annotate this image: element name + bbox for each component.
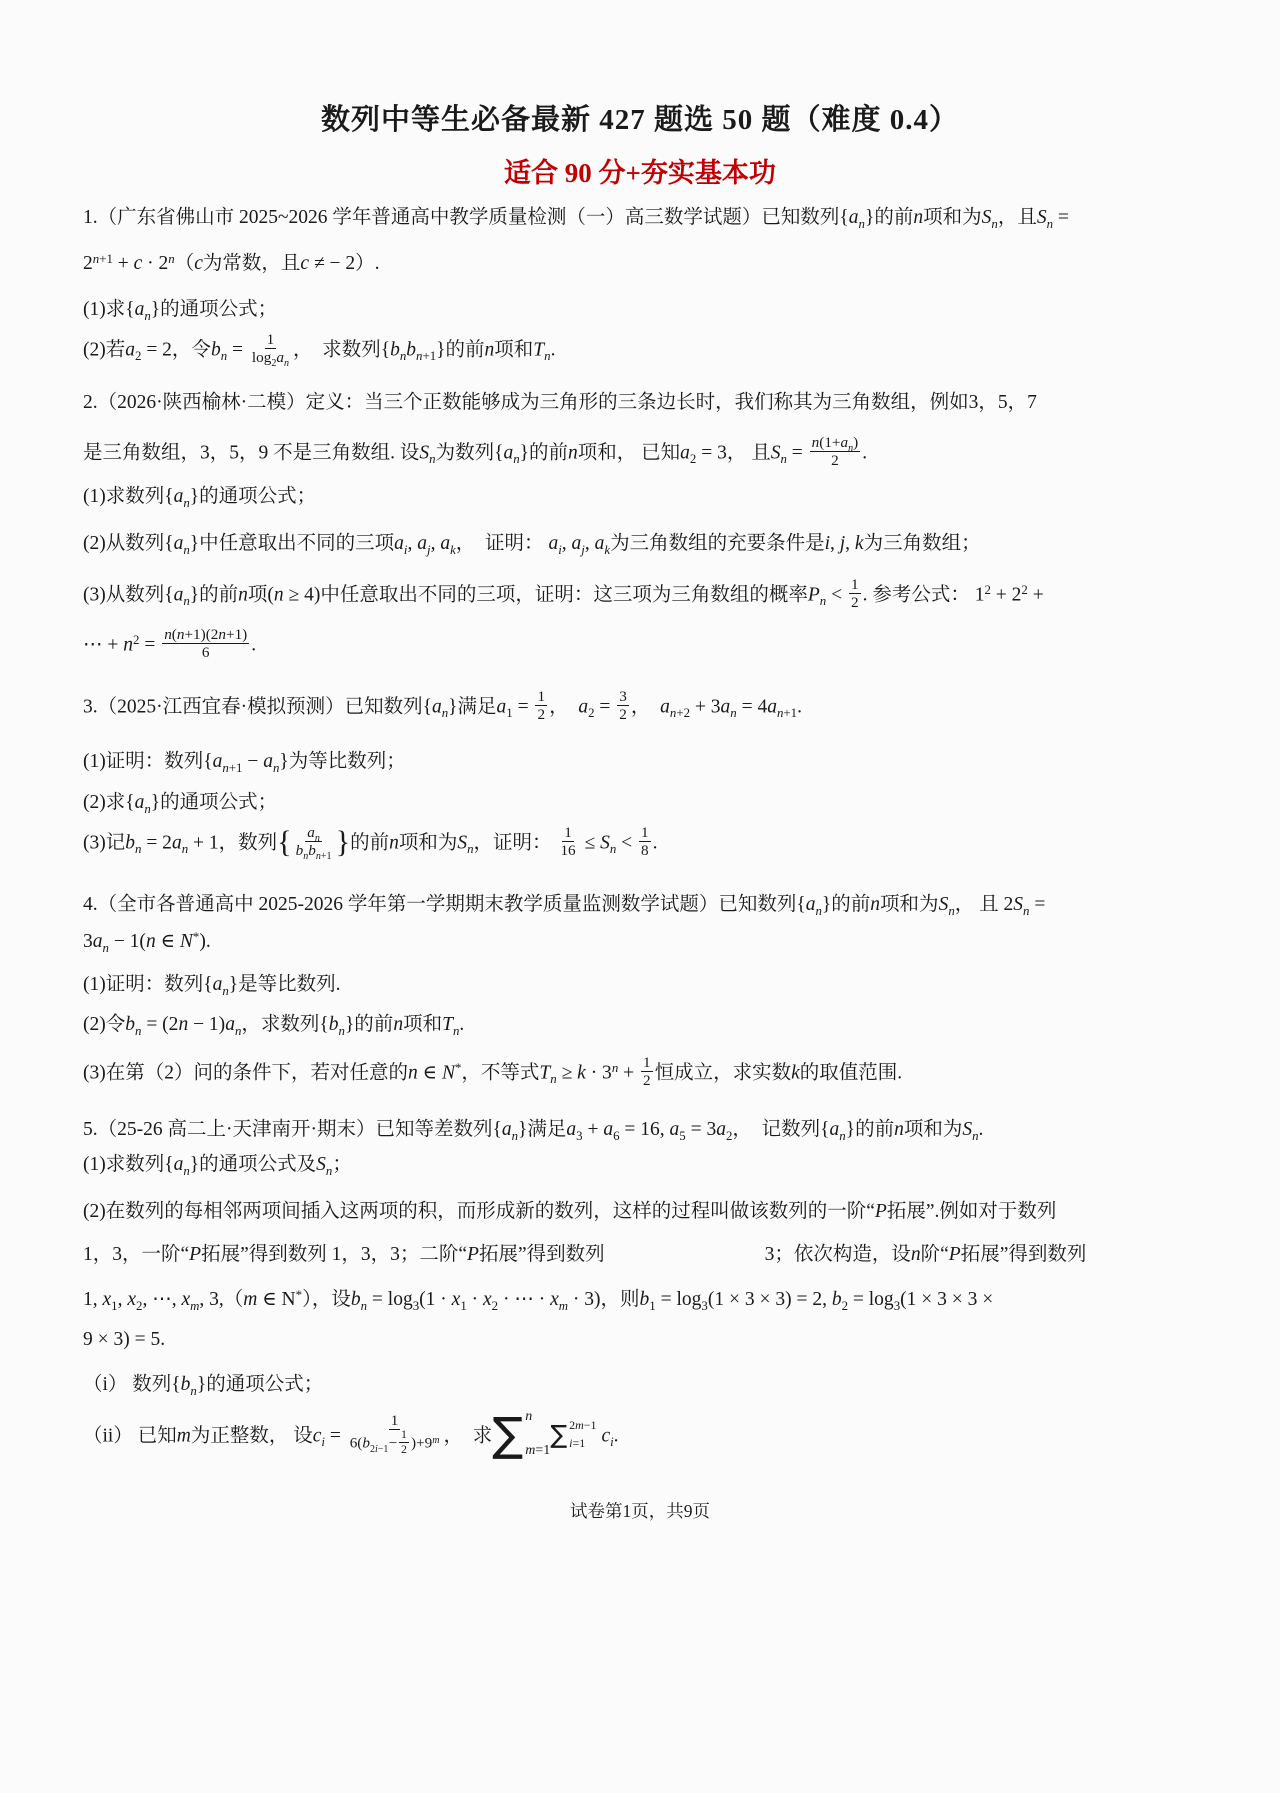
math-variable: n bbox=[339, 1024, 345, 1038]
text-line: ⋯ + n2 = n(n+1)(2n+1)6. bbox=[83, 628, 1220, 664]
text-run: ，证明： bbox=[474, 832, 557, 853]
text-run: , bbox=[431, 533, 441, 554]
text-run: = bbox=[1053, 207, 1069, 228]
text-run: ∈ bbox=[156, 931, 180, 952]
math-variable: n bbox=[183, 543, 189, 557]
text-line: (2)令bn = (2n − 1)an，求数列{bn}的前n项和Tn. bbox=[83, 1011, 1220, 1039]
math-variable: a bbox=[172, 832, 182, 853]
subscript: n bbox=[315, 834, 320, 844]
math-variable: i bbox=[404, 543, 408, 557]
math-variable: m bbox=[575, 1418, 584, 1432]
text-run: − 1( bbox=[109, 931, 146, 952]
subscript: 2 bbox=[588, 707, 594, 720]
text-run: 为常数，且 bbox=[203, 253, 301, 274]
text-run: ，且 bbox=[998, 207, 1037, 228]
math-variable: a bbox=[716, 1119, 726, 1140]
math-variable: n bbox=[453, 1024, 459, 1038]
text-run: 2 bbox=[588, 706, 594, 720]
fraction-numerator: 1 bbox=[265, 331, 277, 349]
text-run: 3 bbox=[701, 1299, 707, 1313]
fraction-numerator: 1 bbox=[399, 1428, 409, 1443]
text-run: +1 bbox=[783, 706, 797, 720]
text-run: · ⋯ · bbox=[498, 1289, 550, 1310]
subscript: n bbox=[1047, 218, 1053, 231]
math-variable: n bbox=[361, 1299, 367, 1313]
text-line: (3)从数列{an}的前n项(n ≥ 4)中任意取出不同的三项，证明：这三项为三… bbox=[83, 578, 1220, 614]
text-run: 2.（2026·陕西榆林·二模）定义：当三个正数能够成为三角形的三条边长时，我们… bbox=[83, 392, 1037, 413]
text-run: ≥ 4)中任意取出不同的三项，证明：这三项为三角数组的概率 bbox=[284, 584, 808, 605]
math-variable: n bbox=[183, 496, 189, 510]
superscript: * bbox=[193, 931, 199, 944]
subscript: n bbox=[467, 843, 473, 856]
text-run: −1 bbox=[584, 1418, 597, 1432]
fraction: 116 bbox=[558, 824, 577, 860]
text-run: (2)求{ bbox=[83, 792, 135, 813]
text-run: (1)证明：数列{ bbox=[83, 751, 213, 772]
math-variable: n bbox=[235, 1024, 241, 1038]
subscript: n bbox=[183, 497, 189, 510]
text-run: }的前 bbox=[822, 894, 870, 915]
subscript: m bbox=[559, 1300, 568, 1313]
math-variable: n bbox=[183, 1164, 189, 1178]
text-run: = (2 bbox=[141, 1014, 178, 1035]
text-run: 项( bbox=[248, 584, 274, 605]
text-run: . bbox=[979, 1119, 984, 1140]
subscript: n bbox=[815, 905, 821, 918]
text-run: = 2 bbox=[141, 832, 172, 853]
text-line: (2)从数列{an}中任意取出不同的三项ai, aj, ak， 证明： ai, … bbox=[83, 530, 1220, 558]
subscript: n bbox=[222, 985, 228, 998]
text-run: 3；依次构造，设 bbox=[765, 1244, 911, 1265]
fraction: 12 bbox=[399, 1428, 409, 1456]
text-line: 2.（2026·陕西榆林·二模）定义：当三个正数能够成为三角形的三条边长时，我们… bbox=[83, 389, 1220, 417]
subscript: n bbox=[839, 1130, 845, 1143]
subscript: 1 bbox=[506, 707, 512, 720]
subscript: n bbox=[550, 1073, 556, 1086]
text-run: +1 bbox=[229, 761, 243, 775]
math-variable: P bbox=[949, 1244, 961, 1265]
subscript: n bbox=[182, 843, 188, 856]
math-variable: P bbox=[189, 1244, 201, 1265]
math-variable: n bbox=[820, 594, 826, 608]
text-run: +1 bbox=[321, 851, 332, 862]
text-run: 2 bbox=[726, 1129, 732, 1143]
math-variable: n bbox=[222, 984, 228, 998]
math-variable: n bbox=[512, 1129, 518, 1143]
math-variable: N bbox=[442, 1062, 455, 1083]
math-variable: a bbox=[806, 894, 816, 915]
text-run: = log bbox=[656, 1289, 702, 1310]
text-run: . bbox=[459, 1014, 464, 1035]
math-variable: P bbox=[875, 1201, 887, 1222]
math-variable: a bbox=[135, 792, 145, 813]
math-variable: a bbox=[566, 1119, 576, 1140]
fraction-numerator: n(n+1)(2n+1) bbox=[162, 626, 249, 644]
limit-upper: n bbox=[525, 1410, 550, 1424]
fraction-denominator: 6(b2i−1−12)+9m bbox=[348, 1430, 442, 1458]
text-run: }满足 bbox=[448, 696, 496, 717]
text-run: ). bbox=[199, 931, 210, 952]
text-line: (1)求数列{an}的通项公式及Sn； bbox=[83, 1151, 1220, 1179]
subscript: 3 bbox=[413, 1300, 419, 1313]
subscript: 2 bbox=[271, 359, 276, 369]
text-run: 阶“ bbox=[921, 1244, 949, 1265]
math-variable: n bbox=[284, 358, 289, 369]
subscript: n bbox=[284, 359, 289, 369]
fraction-numerator: 1 bbox=[641, 1054, 653, 1072]
text-run: 项和 bbox=[403, 1014, 442, 1035]
math-variable: N bbox=[180, 931, 193, 952]
math-variable: b bbox=[640, 1289, 650, 1310]
text-line: 3.（2025·江西宜春·模拟预测）已知数列{an}满足a1 = 12， a2 … bbox=[83, 690, 1220, 726]
math-variable: i bbox=[321, 1435, 325, 1449]
math-variable: c bbox=[300, 253, 309, 274]
text-line: 9 × 3) = 5. bbox=[83, 1326, 1220, 1354]
text-run: −1 bbox=[378, 1444, 389, 1455]
text-run: 是三角数组，3，5，9 不是三角数组. 设 bbox=[83, 442, 419, 463]
text-line: (1)证明：数列{an}是等比数列. bbox=[83, 971, 1220, 999]
summation-limits: 2m−1i=1 bbox=[569, 1419, 596, 1449]
text-run: 5 bbox=[679, 1129, 685, 1143]
subscript: n bbox=[1023, 905, 1029, 918]
fraction-denominator: 6 bbox=[200, 644, 212, 661]
math-variable: n bbox=[400, 349, 406, 363]
subscript: 2 bbox=[842, 1300, 848, 1313]
text-run: 2 bbox=[401, 1442, 407, 1456]
subscript: n bbox=[273, 762, 279, 775]
text-run: (3)记 bbox=[83, 832, 125, 853]
text-run: , 3,（ bbox=[199, 1289, 243, 1310]
subscript: n bbox=[183, 544, 189, 557]
math-variable: a bbox=[680, 442, 690, 463]
text-run: （ii） 已知 bbox=[83, 1425, 177, 1446]
subscript: n bbox=[972, 1130, 978, 1143]
text-run: ∈ bbox=[418, 1062, 442, 1083]
text-line: (3)在第（2）问的条件下，若对任意的n ∈ N*，不等式Tn ≥ k · 3n… bbox=[83, 1056, 1220, 1092]
subscript: k bbox=[450, 544, 456, 557]
text-run: 3 bbox=[619, 688, 627, 705]
math-variable: k bbox=[855, 533, 864, 554]
text-run: ≥ bbox=[557, 1062, 577, 1083]
text-run: 的取值范围. bbox=[800, 1062, 902, 1083]
math-variable: n bbox=[164, 626, 172, 643]
text-run: (2)在数列的每相邻两项间插入这两项的积，而形成新的数列，这样的过程叫做该数列的… bbox=[83, 1201, 875, 1222]
text-run: 2 bbox=[83, 253, 93, 274]
math-variable: a bbox=[174, 584, 184, 605]
text-run: 2 bbox=[851, 594, 859, 611]
text-run: 2 bbox=[619, 706, 627, 723]
math-variable: a bbox=[394, 533, 404, 554]
subscript: n bbox=[513, 453, 519, 466]
text-run: 2 bbox=[842, 1299, 848, 1313]
math-variable: S bbox=[1037, 207, 1047, 228]
math-variable: k bbox=[577, 1062, 586, 1083]
document-page: 数列中等生必备最新 427 题选 50 题（难度 0.4） 适合 90 分+夯实… bbox=[0, 0, 1280, 1793]
text-run: 项和为 bbox=[904, 1119, 963, 1140]
math-variable: T bbox=[533, 339, 544, 360]
text-run: 1 bbox=[851, 576, 859, 593]
text-line: (1)求{an}的通项公式； bbox=[83, 296, 1220, 324]
superscript: * bbox=[296, 1289, 302, 1302]
subscript: n bbox=[400, 350, 406, 363]
fraction: 12 bbox=[535, 688, 547, 724]
fraction: n(1+an)2 bbox=[810, 434, 861, 470]
superscript: n bbox=[168, 253, 174, 266]
text-run: +1) bbox=[226, 626, 247, 643]
text-line: 3an − 1(n ∈ N*). bbox=[83, 928, 1220, 956]
math-variable: x bbox=[103, 1289, 112, 1310]
subscript: n bbox=[183, 1165, 189, 1178]
subscript: 2 bbox=[135, 350, 141, 363]
math-variable: n bbox=[274, 584, 284, 605]
math-variable: b bbox=[406, 339, 416, 360]
subscript: n+2 bbox=[670, 707, 690, 720]
math-variable: n bbox=[190, 1384, 196, 1398]
text-run: 为数列{ bbox=[436, 442, 504, 463]
subscript: i bbox=[321, 1436, 325, 1449]
text-run: }的通项公式； bbox=[190, 486, 316, 507]
text-line: （i） 数列{bn}的通项公式； bbox=[83, 1371, 1220, 1399]
math-variable: a bbox=[830, 1119, 840, 1140]
text-run: 6( bbox=[350, 1435, 363, 1452]
math-variable: m bbox=[559, 1299, 568, 1313]
text-run: . bbox=[614, 1425, 619, 1446]
text-line: (2)在数列的每相邻两项间插入这两项的积，而形成新的数列，这样的过程叫做该数列的… bbox=[83, 1198, 1220, 1226]
math-variable: n bbox=[144, 309, 150, 323]
text-run: 6 bbox=[202, 644, 210, 661]
math-variable: n bbox=[544, 349, 550, 363]
text-run: + 1，数列 bbox=[188, 832, 277, 853]
text-run: 恒成立，求实数 bbox=[655, 1062, 792, 1083]
text-run: +1)(2 bbox=[184, 626, 218, 643]
text-run: =1 bbox=[572, 1436, 585, 1450]
text-run: (3)在第（2）问的条件下，若对任意的 bbox=[83, 1062, 408, 1083]
text-run: = 4 bbox=[737, 696, 768, 717]
text-run: 项和为 bbox=[880, 894, 939, 915]
text-run: ， bbox=[549, 696, 578, 717]
fraction: 1log2an bbox=[250, 331, 291, 367]
text-run: = log bbox=[367, 1289, 413, 1310]
fraction-numerator: 1 bbox=[639, 824, 651, 842]
text-line: (1)求数列{an}的通项公式； bbox=[83, 483, 1220, 511]
math-variable: n bbox=[326, 1164, 332, 1178]
limit-upper: 2m−1 bbox=[569, 1419, 596, 1431]
math-variable: c bbox=[194, 253, 203, 274]
text-run: }满足 bbox=[518, 1119, 566, 1140]
text-run: = 3 bbox=[686, 1119, 717, 1140]
text-run: 1 bbox=[401, 1427, 407, 1441]
text-run: 9 × 3) = 5. bbox=[83, 1329, 165, 1350]
math-variable: b bbox=[362, 1435, 370, 1452]
math-variable: a bbox=[135, 299, 145, 320]
math-variable: m bbox=[243, 1289, 257, 1310]
fraction: anbnbn+1 bbox=[294, 824, 334, 860]
fraction: 32 bbox=[617, 688, 629, 724]
fraction-numerator: an bbox=[305, 824, 322, 842]
subscript: n bbox=[512, 1130, 518, 1143]
subscript: 6 bbox=[613, 1130, 619, 1143]
math-variable: a bbox=[841, 434, 849, 451]
subscript: n bbox=[948, 905, 954, 918]
text-run: = log bbox=[848, 1289, 894, 1310]
math-variable: x bbox=[483, 1289, 492, 1310]
subscript: n bbox=[544, 350, 550, 363]
text-run: * bbox=[193, 930, 199, 944]
text-run: (1)求{ bbox=[83, 299, 135, 320]
superscript: 2 bbox=[133, 634, 139, 647]
math-variable: a bbox=[578, 696, 588, 717]
subscript: 3 bbox=[701, 1300, 707, 1313]
subscript: n bbox=[103, 942, 109, 955]
math-variable: S bbox=[771, 442, 781, 463]
text-line: 1, x1, x2, ⋯, xm, 3,（m ∈ N*），设bn = log3(… bbox=[83, 1286, 1220, 1314]
text-run: 1 bbox=[537, 688, 545, 705]
math-variable: n bbox=[408, 1062, 418, 1083]
math-variable: S bbox=[962, 1119, 972, 1140]
text-run: }的前 bbox=[520, 442, 568, 463]
math-variable: n bbox=[839, 1129, 845, 1143]
text-line: 1.（广东省佛山市 2025~2026 学年普通高中教学质量检测（一）高三数学试… bbox=[83, 204, 1220, 232]
math-variable: a bbox=[213, 974, 223, 995]
fraction-denominator: log2an bbox=[250, 349, 291, 366]
text-run: 3.（2025·江西宜春·模拟预测）已知数列{ bbox=[83, 696, 432, 717]
text-run: }的前 bbox=[190, 584, 238, 605]
superscript: 2 bbox=[1021, 584, 1027, 597]
math-variable: n bbox=[1047, 217, 1053, 231]
subscript: 3 bbox=[576, 1130, 582, 1143]
text-run: 16 bbox=[560, 842, 575, 859]
document-body: 1.（广东省佛山市 2025~2026 学年普通高中教学质量检测（一）高三数学试… bbox=[0, 0, 1280, 1793]
text-run: < bbox=[616, 832, 637, 853]
subscript: k bbox=[604, 544, 610, 557]
text-run: + bbox=[113, 253, 134, 274]
subscript: 1 bbox=[111, 1300, 117, 1313]
fraction-denominator: 2 bbox=[849, 594, 861, 611]
text-run: 1 bbox=[564, 824, 572, 841]
text-run: + bbox=[1028, 584, 1044, 605]
text-run: 2 bbox=[690, 452, 696, 466]
subscript: n bbox=[135, 843, 141, 856]
math-variable: n bbox=[513, 452, 519, 466]
math-variable: n bbox=[948, 904, 954, 918]
text-run: }的前 bbox=[436, 339, 484, 360]
text-run: 为正整数， 设 bbox=[191, 1425, 313, 1446]
math-variable: n bbox=[485, 339, 495, 360]
subscript: n bbox=[361, 1300, 367, 1313]
text-run: }的前 bbox=[846, 1119, 894, 1140]
text-run: 3 bbox=[83, 931, 93, 952]
math-variable: m bbox=[525, 1443, 535, 1458]
text-run: ； bbox=[332, 1154, 352, 1175]
text-run: }的通项公式； bbox=[151, 792, 277, 813]
text-run: log bbox=[252, 349, 271, 366]
math-variable: n bbox=[103, 941, 109, 955]
math-variable: P bbox=[467, 1244, 479, 1265]
math-variable: S bbox=[600, 832, 610, 853]
text-run: (1)求数列{ bbox=[83, 1154, 174, 1175]
text-run: (1 · bbox=[419, 1289, 452, 1310]
subscript: i bbox=[610, 1436, 614, 1449]
math-variable: b bbox=[181, 1374, 191, 1395]
text-run: ) bbox=[853, 434, 858, 451]
text-run: 2 bbox=[133, 633, 139, 647]
math-variable: a bbox=[174, 1154, 184, 1175]
subscript: n bbox=[453, 1025, 459, 1038]
math-variable: x bbox=[452, 1289, 461, 1310]
math-variable: n bbox=[972, 1129, 978, 1143]
math-variable: a bbox=[93, 931, 103, 952]
subscript: n+1 bbox=[777, 707, 797, 720]
text-run: . 参考公式： 1 bbox=[863, 584, 985, 605]
text-run: = bbox=[787, 442, 808, 463]
math-variable: b bbox=[329, 1014, 339, 1035]
text-run: + bbox=[583, 1119, 604, 1140]
subscript: n bbox=[144, 803, 150, 816]
text-line: （ii） 已知m为正整数， 设ci = 16(b2i−1−12)+9m， 求∑n… bbox=[83, 1413, 1220, 1461]
text-run: }的通项公式； bbox=[151, 299, 277, 320]
math-variable: x bbox=[550, 1289, 559, 1310]
fraction-numerator: 1 bbox=[535, 688, 547, 706]
math-variable: a bbox=[497, 696, 507, 717]
text-run: + bbox=[618, 1062, 639, 1083]
math-variable: n bbox=[183, 594, 189, 608]
text-run: }的通项公式； bbox=[197, 1374, 323, 1395]
fraction-numerator: 1 bbox=[849, 576, 861, 594]
text-run: +1 bbox=[422, 349, 436, 363]
math-variable: n bbox=[135, 1024, 141, 1038]
math-variable: S bbox=[982, 207, 992, 228]
text-run: (1)证明：数列{ bbox=[83, 974, 213, 995]
text-run: （i） 数列{ bbox=[83, 1374, 181, 1395]
math-variable: a bbox=[417, 533, 427, 554]
text-run: · 3 bbox=[586, 1062, 612, 1083]
text-run: ， 且 2 bbox=[955, 894, 1014, 915]
superscript: n bbox=[612, 1062, 618, 1075]
subscript: 1 bbox=[649, 1300, 655, 1313]
subscript: 2 bbox=[726, 1130, 732, 1143]
subscript: n bbox=[303, 852, 308, 862]
math-variable: n bbox=[612, 1061, 618, 1075]
text-run: 项和 bbox=[494, 339, 533, 360]
text-run: ， bbox=[631, 696, 660, 717]
math-variable: c bbox=[313, 1425, 322, 1446]
text-run: 为三角数组； bbox=[864, 533, 981, 554]
superscript: m bbox=[432, 1436, 439, 1446]
text-run: ∈ N bbox=[257, 1289, 295, 1310]
math-variable: n bbox=[393, 1014, 403, 1035]
math-variable: a bbox=[548, 533, 558, 554]
text-run: 拓展”得到数列 bbox=[479, 1244, 605, 1265]
text-run: 1 bbox=[267, 331, 275, 348]
text-run: +1 bbox=[99, 252, 113, 266]
text-run: (1)求数列{ bbox=[83, 486, 174, 507]
math-variable: a bbox=[307, 824, 315, 841]
text-run: 5.（25-26 高二上·天津南开·期末）已知等差数列{ bbox=[83, 1119, 502, 1140]
subscript: 1 bbox=[460, 1300, 466, 1313]
text-run: = bbox=[513, 696, 534, 717]
math-variable: k bbox=[450, 543, 456, 557]
subscript: n bbox=[859, 218, 865, 231]
text-run: (2)令 bbox=[83, 1014, 125, 1035]
math-variable: j bbox=[427, 543, 431, 557]
text-run: ， 求数列{ bbox=[293, 339, 390, 360]
math-variable: m bbox=[177, 1425, 191, 1446]
fraction-denominator: 8 bbox=[639, 842, 651, 859]
math-variable: n bbox=[525, 1409, 532, 1424]
subscript: j bbox=[581, 544, 585, 557]
math-variable: n bbox=[389, 832, 399, 853]
text-run: . bbox=[551, 339, 556, 360]
